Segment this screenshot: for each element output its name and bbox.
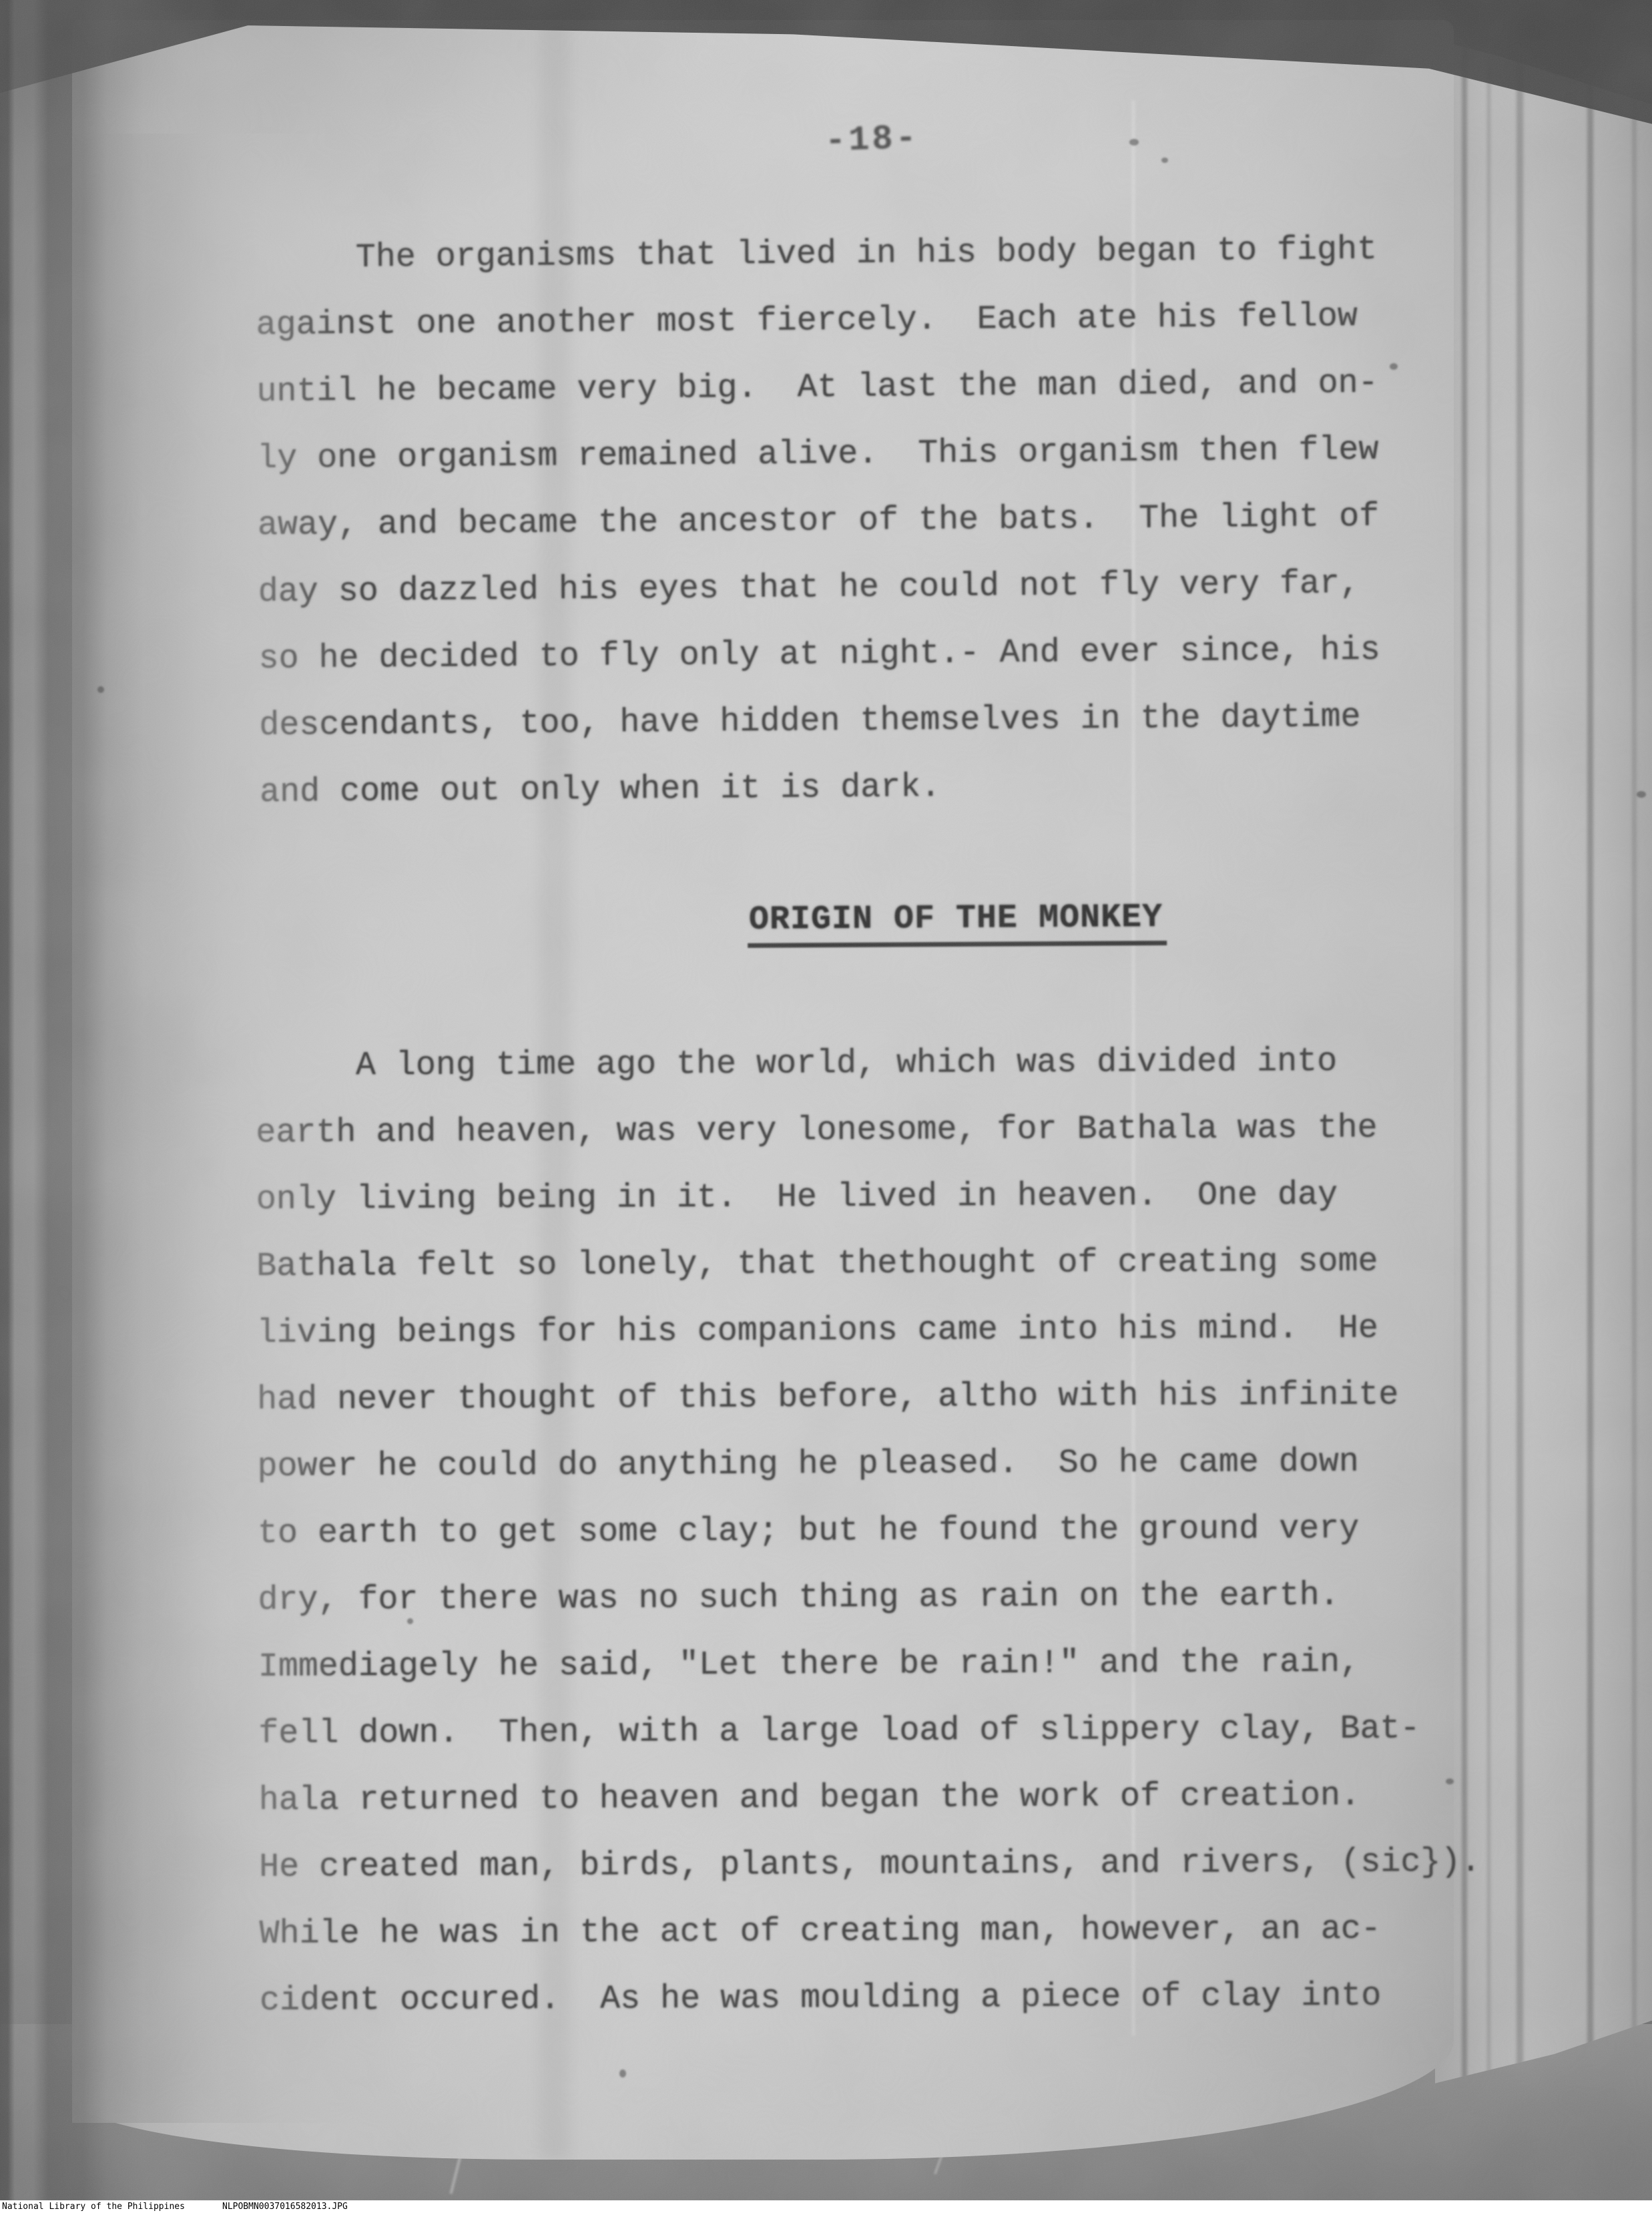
typed-line: earth and heaven, was very lonesome, for… [256,1095,1524,1167]
dust-speck [1446,1778,1454,1784]
typed-line: ly one organism remained alive. This org… [257,416,1526,493]
page-edge-crease [1632,15,1637,2104]
page-edge-crease [1587,15,1593,2104]
dust-speck [1161,158,1168,163]
page-number: -18- [824,119,920,162]
dust-speck [1637,791,1646,798]
typed-line: descendants, too, have hidden themselves… [259,683,1528,760]
dust-speck [1129,139,1139,146]
scanned-book-photo: -18- The organisms that lived in his bod… [0,0,1652,2213]
section-heading: ORIGIN OF THE MONKEY [748,899,1167,948]
typed-line: had never thought of this before, altho … [257,1362,1525,1434]
typed-line: cident occured. As he was moulding a pie… [260,1963,1528,2035]
typed-line: until he became very big. At last the ma… [256,349,1525,426]
typed-line: While he was in the act of creating man,… [259,1896,1527,1968]
typed-line: only living being in it. He lived in hea… [256,1162,1525,1234]
book-page: -18- The organisms that lived in his bod… [72,20,1454,2160]
typed-line: Immediagely he said, "Let there be rain!… [258,1629,1527,1701]
typed-line: dry, for there was no such thing as rain… [258,1562,1526,1634]
watermark-filename: NLPOBMN0037016582013.JPG [222,2200,348,2213]
watermark-bar: National Library of the Philippines NLPO… [0,2200,1652,2213]
watermark-library-name: National Library of the Philippines [2,2200,185,2213]
typed-line: A long time ago the world, which was div… [256,1028,1524,1100]
typed-line: hala returned to heaven and began the wo… [259,1762,1527,1834]
typed-line: living beings for his companions came in… [256,1295,1525,1367]
typed-line: against one another most fiercely. Each … [256,282,1525,359]
typed-line: He created man, birds, plants, mountains… [259,1829,1527,1901]
typed-line: to earth to get some clay; but he found … [258,1495,1526,1567]
dust-speck [619,2069,626,2077]
typed-line: away, and became the ancestor of the bat… [258,483,1527,559]
gutter-fade-shadow [72,134,359,2123]
typed-line: and come out only when it is dark. [260,750,1529,826]
dust-speck [1390,363,1398,370]
typed-line: The organisms that lived in his body beg… [255,216,1524,292]
typed-line: so he decided to fly only at night.- And… [258,616,1527,693]
story-origin-of-bats-text: The organisms that lived in his body beg… [255,216,1528,826]
typed-line: fell down. Then, with a large load of sl… [258,1696,1527,1768]
dust-speck [407,1618,413,1624]
typed-line: Bathala felt so lonely, that thethought … [256,1228,1525,1300]
story-origin-of-monkey-text: A long time ago the world, which was div… [256,1028,1529,2035]
typed-line: power he could do anything he pleased. S… [257,1429,1525,1501]
dust-speck [97,686,104,693]
typed-line: day so dazzled his eyes that he could no… [258,549,1527,626]
